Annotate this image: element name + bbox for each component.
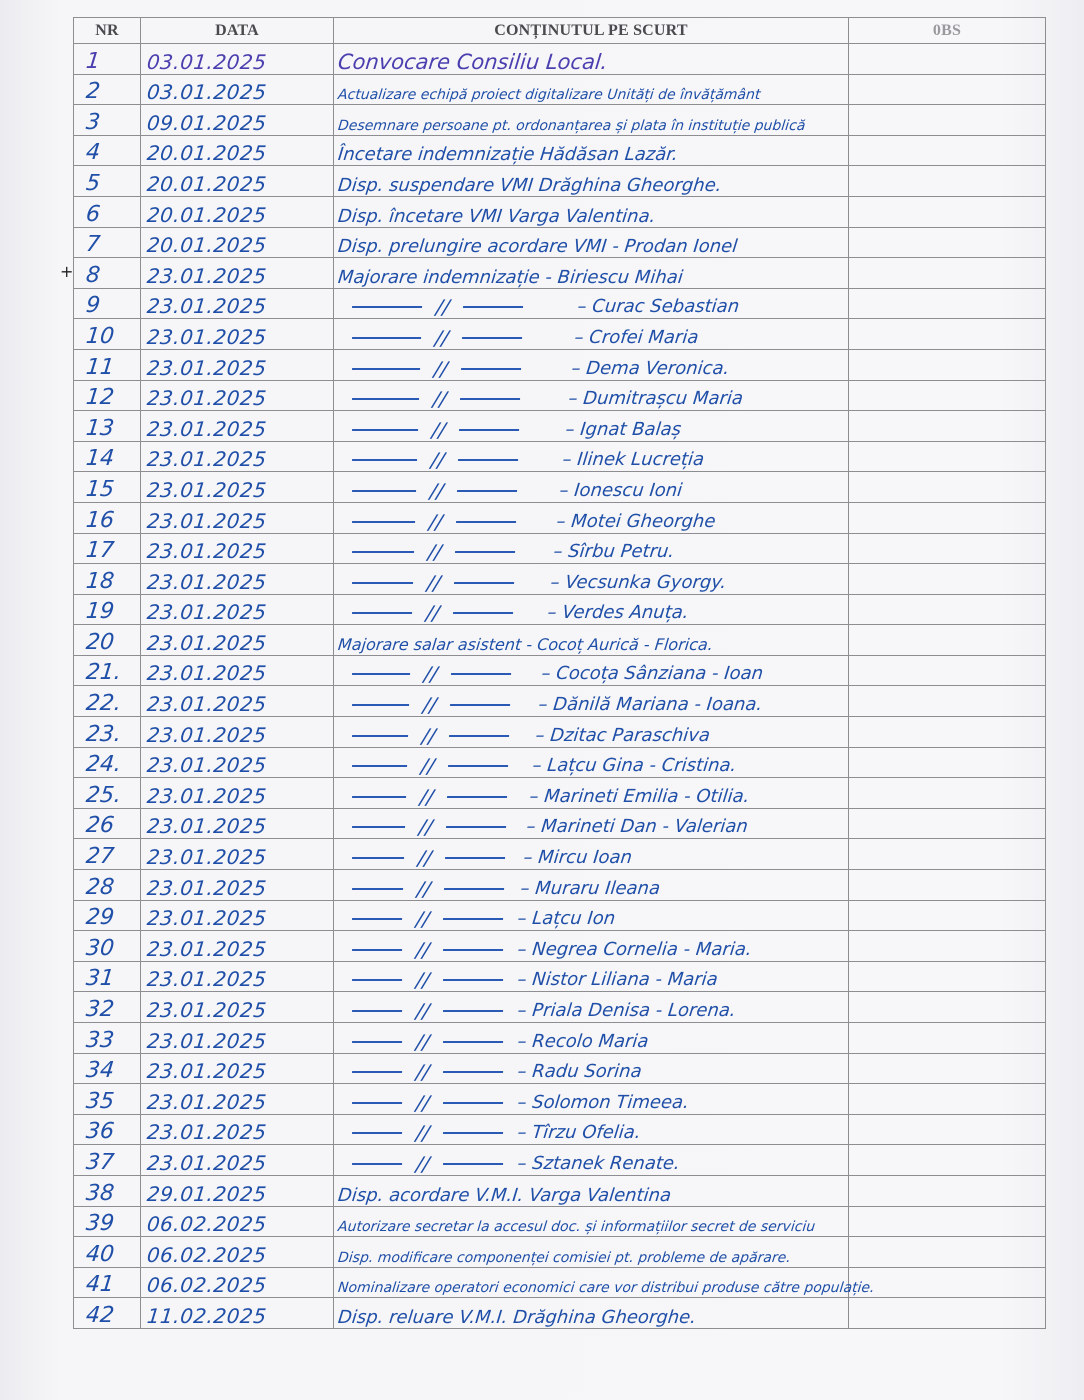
row-content-text: Vecsunka Gyorgy. [564, 572, 727, 593]
row-obs [849, 258, 1046, 289]
ditto-mark: // [435, 295, 451, 319]
row-content-text: Disp. modificare componenței comisiei pt… [337, 1251, 791, 1266]
row-obs [849, 839, 1046, 870]
ditto-dash [451, 673, 511, 675]
row-date: 23.01.2025 [141, 747, 334, 778]
row-content-text: Disp. suspendare VMI Drăghina Gheorghe. [337, 177, 722, 196]
row-obs [849, 1145, 1046, 1176]
row-content-text: Încetare indemnizație Hădăsan Lazăr. [337, 146, 679, 165]
row-number: 2 [74, 74, 141, 105]
ditto-mark: // [415, 968, 431, 992]
table-row: 8+23.01.2025Majorare indemnizație - Biri… [74, 258, 1046, 289]
row-date: 03.01.2025 [141, 74, 334, 105]
ditto-dash [443, 979, 503, 981]
ditto-repeat: //– Mircu Ioan [337, 848, 633, 869]
row-obs [849, 931, 1046, 962]
row-content: Convocare Consiliu Local. [334, 44, 849, 75]
row-number: 18 [74, 564, 141, 595]
ditto-dash [449, 735, 509, 737]
row-number-text: 22. [85, 693, 122, 716]
row-content: //– Dzitac Paraschiva [334, 717, 849, 748]
ditto-dash [352, 1132, 402, 1134]
ditto-dash [352, 826, 405, 828]
row-date-text: 23.01.2025 [146, 1000, 268, 1021]
ditto-repeat: //– Vecsunka Gyorgy. [337, 573, 727, 594]
row-content: //– Crofei Maria [334, 319, 849, 350]
row-content: //– Ignat Balaș [334, 411, 849, 442]
ditto-dash [443, 1102, 503, 1104]
ditto-dash [352, 765, 407, 767]
table-row: 3829.01.2025Disp. acordare V.M.I. Varga … [74, 1175, 1046, 1206]
row-obs [849, 1084, 1046, 1115]
ditto-mark: // [415, 1091, 431, 1115]
row-date: 23.01.2025 [141, 564, 334, 595]
row-content-text: Crofei Maria [588, 327, 699, 348]
ditto-mark: // [434, 326, 450, 350]
table-row: 520.01.2025Disp. suspendare VMI Drăghina… [74, 166, 1046, 197]
row-content-text: Nominalizare operatori economici care vo… [337, 1281, 875, 1296]
ditto-dash [352, 918, 402, 920]
ditto-dash [352, 673, 410, 675]
ditto-dash [352, 1010, 402, 1012]
row-obs [849, 1023, 1046, 1054]
row-date: 23.01.2025 [141, 502, 334, 533]
row-number-text: 10 [85, 326, 115, 349]
row-obs [849, 717, 1046, 748]
row-obs [849, 1267, 1046, 1298]
row-content: Disp. încetare VMI Varga Valentina. [334, 196, 849, 227]
row-date-text: 23.01.2025 [146, 816, 268, 837]
row-date: 23.01.2025 [141, 1023, 334, 1054]
row-date-text: 20.01.2025 [146, 205, 268, 226]
table-row: 4006.02.2025Disp. modificare componenței… [74, 1237, 1046, 1268]
row-obs [849, 1053, 1046, 1084]
table-row: 21.23.01.2025//– Cocoța Sânziana - Ioan [74, 655, 1046, 686]
ditto-dash [443, 1132, 503, 1134]
ditto-dash [456, 521, 516, 523]
row-content: //– Muraru Ileana [334, 870, 849, 901]
row-content-text: Radu Sorina [531, 1061, 643, 1082]
row-date: 23.01.2025 [141, 839, 334, 870]
row-number-text: 13 [85, 418, 115, 441]
row-date-text: 20.01.2025 [146, 143, 268, 164]
row-number: 32 [74, 992, 141, 1023]
row-content: Încetare indemnizație Hădăsan Lazăr. [334, 135, 849, 166]
row-content: //– Dănilă Mariana - Ioana. [334, 686, 849, 717]
row-date: 23.01.2025 [141, 319, 334, 350]
ditto-mark: // [417, 846, 433, 870]
table-row: 1223.01.2025//– Dumitrașcu Maria [74, 380, 1046, 411]
row-number: 6 [74, 196, 141, 227]
row-content-text: Lațcu Gina - Cristina. [546, 755, 737, 776]
row-number-text: 25. [85, 785, 122, 808]
row-content-text: Verdes Anuța. [561, 602, 689, 623]
ditto-mark: // [415, 999, 431, 1023]
row-date-text: 20.01.2025 [146, 235, 268, 256]
row-number: 21. [74, 655, 141, 686]
ditto-dash [352, 857, 404, 859]
table-row: 203.01.2025Actualizare echipă proiect di… [74, 74, 1046, 105]
row-content-text: Solomon Timeea. [531, 1092, 690, 1113]
ditto-mark: // [415, 1030, 431, 1054]
row-date-text: 23.01.2025 [146, 969, 268, 990]
ditto-dash [443, 1010, 503, 1012]
ditto-mark: // [421, 724, 437, 748]
table-row: 3723.01.2025//– Sztanek Renate. [74, 1145, 1046, 1176]
header-row: NR DATA CONȚINUTUL PE SCURT 0BS [74, 18, 1046, 44]
row-content: //– Negrea Cornelia - Maria. [334, 931, 849, 962]
ditto-dash [352, 368, 420, 370]
row-date-text: 11.02.2025 [146, 1306, 268, 1327]
row-number: 34 [74, 1053, 141, 1084]
row-date-text: 23.01.2025 [146, 449, 268, 470]
row-number: 38 [74, 1175, 141, 1206]
row-date: 06.02.2025 [141, 1206, 334, 1237]
table-row: 103.01.2025Convocare Consiliu Local. [74, 44, 1046, 75]
row-number-text: 3 [85, 112, 101, 135]
row-date: 23.01.2025 [141, 380, 334, 411]
row-number-text: 39 [85, 1213, 115, 1236]
row-number-text: 28 [85, 877, 115, 900]
row-number-text: 9 [85, 295, 101, 318]
ditto-dash [352, 490, 416, 492]
row-date-text: 06.02.2025 [146, 1275, 268, 1296]
row-content-text: Negrea Cornelia - Maria. [531, 939, 753, 960]
row-number: 39 [74, 1206, 141, 1237]
row-number: 31 [74, 961, 141, 992]
row-content-text: Autorizare secretar la accesul doc. și i… [337, 1220, 816, 1235]
row-date: 23.01.2025 [141, 472, 334, 503]
ditto-repeat: //– Motei Gheorghe [337, 512, 717, 533]
row-date: 23.01.2025 [141, 961, 334, 992]
row-date: 23.01.2025 [141, 258, 334, 289]
ditto-mark: // [431, 418, 447, 442]
row-date: 20.01.2025 [141, 227, 334, 258]
row-content-text: Sztanek Renate. [531, 1153, 681, 1174]
ditto-dash [454, 582, 514, 584]
row-content-text: Disp. încetare VMI Varga Valentina. [337, 208, 656, 227]
row-obs [849, 472, 1046, 503]
row-date-text: 06.02.2025 [146, 1214, 268, 1235]
table-row: 720.01.2025Disp. prelungire acordare VMI… [74, 227, 1046, 258]
row-date-text: 23.01.2025 [146, 266, 268, 287]
row-date: 23.01.2025 [141, 717, 334, 748]
row-number: 22. [74, 686, 141, 717]
ditto-dash [443, 949, 503, 951]
ditto-dash [352, 888, 403, 890]
row-date-text: 06.02.2025 [146, 1245, 268, 1266]
table-row: 620.01.2025Disp. încetare VMI Varga Vale… [74, 196, 1046, 227]
ditto-mark: // [415, 1060, 431, 1084]
ditto-dash [460, 398, 520, 400]
row-number: 19 [74, 594, 141, 625]
row-obs [849, 74, 1046, 105]
row-content: //– Marineti Dan - Valerian [334, 808, 849, 839]
row-number-text: 21. [85, 662, 122, 685]
table-row: 4106.02.2025Nominalizare operatori econo… [74, 1267, 1046, 1298]
column-header-date: DATA [141, 18, 334, 44]
row-number-text: 11 [85, 357, 115, 380]
row-date: 09.01.2025 [141, 105, 334, 136]
ditto-dash [445, 857, 505, 859]
row-date: 20.01.2025 [141, 166, 334, 197]
row-obs [849, 135, 1046, 166]
ditto-repeat: //– Tîrzu Ofelia. [337, 1123, 642, 1144]
row-date: 20.01.2025 [141, 196, 334, 227]
row-number: 17 [74, 533, 141, 564]
row-content: //– Nistor Liliana - Maria [334, 961, 849, 992]
row-number-text: 42 [85, 1305, 115, 1328]
row-content-text: Priala Denisa - Lorena. [531, 1000, 737, 1021]
row-date-text: 23.01.2025 [146, 847, 268, 868]
row-obs [849, 319, 1046, 350]
ditto-dash [352, 551, 414, 553]
row-obs [849, 196, 1046, 227]
table-row: 1723.01.2025//– Sîrbu Petru. [74, 533, 1046, 564]
row-number: 16 [74, 502, 141, 533]
ditto-mark: // [423, 662, 439, 686]
row-date: 23.01.2025 [141, 778, 334, 809]
row-number-text: 14 [85, 448, 115, 471]
ditto-dash [352, 796, 406, 798]
row-number: 10 [74, 319, 141, 350]
row-date-text: 09.01.2025 [146, 113, 268, 134]
row-number: 3 [74, 105, 141, 136]
row-date-text: 23.01.2025 [146, 602, 268, 623]
row-date: 06.02.2025 [141, 1267, 334, 1298]
row-content-text: Cocoța Sânziana - Ioan [555, 663, 764, 684]
row-content: //– Recolo Maria [334, 1023, 849, 1054]
table-row: 309.01.2025Desemnare persoane pt. ordona… [74, 105, 1046, 136]
ditto-mark: // [432, 387, 448, 411]
row-number-text: 7 [85, 234, 101, 257]
row-content: Desemnare persoane pt. ordonanțarea și p… [334, 105, 849, 136]
ditto-dash [455, 551, 515, 553]
ditto-dash [447, 796, 507, 798]
row-number-text: 26 [85, 815, 115, 838]
row-number: 5 [74, 166, 141, 197]
row-content-text: Marineti Dan - Valerian [540, 816, 749, 837]
table-row: 923.01.2025//– Curac Sebastian [74, 288, 1046, 319]
row-content-text: Muraru Ileana [534, 878, 661, 899]
row-date-text: 03.01.2025 [146, 82, 268, 103]
row-date: 23.01.2025 [141, 594, 334, 625]
row-content-text: Ionescu Ioni [573, 480, 683, 501]
ditto-repeat: //– Lațcu Gina - Cristina. [337, 756, 737, 777]
row-date-text: 23.01.2025 [146, 419, 268, 440]
row-date: 23.01.2025 [141, 625, 334, 656]
row-number-text: 1 [85, 51, 101, 74]
row-content: //– Sztanek Renate. [334, 1145, 849, 1176]
row-date: 23.01.2025 [141, 900, 334, 931]
row-obs [849, 992, 1046, 1023]
row-number: 41 [74, 1267, 141, 1298]
table-row: 1923.01.2025//– Verdes Anuța. [74, 594, 1046, 625]
ditto-dash [453, 612, 513, 614]
row-number: 23. [74, 717, 141, 748]
row-date-text: 23.01.2025 [146, 296, 268, 317]
ditto-dash [352, 1102, 402, 1104]
row-date: 23.01.2025 [141, 288, 334, 319]
row-content-text: Curac Sebastian [591, 296, 740, 317]
table-row: 3023.01.2025//– Negrea Cornelia - Maria. [74, 931, 1046, 962]
row-date-text: 23.01.2025 [146, 786, 268, 807]
row-obs [849, 1298, 1046, 1329]
row-date-text: 23.01.2025 [146, 755, 268, 776]
table-row: 2023.01.2025Majorare salar asistent - Co… [74, 625, 1046, 656]
row-date: 03.01.2025 [141, 44, 334, 75]
row-date-text: 23.01.2025 [146, 663, 268, 684]
table-row: 3906.02.2025Autorizare secretar la acces… [74, 1206, 1046, 1237]
row-number-text: 8 [85, 265, 101, 288]
row-content: //– Ionescu Ioni [334, 472, 849, 503]
row-date-text: 03.01.2025 [146, 52, 268, 73]
row-obs [849, 441, 1046, 472]
row-number: 24. [74, 747, 141, 778]
row-obs [849, 625, 1046, 656]
row-number-text: 41 [85, 1274, 115, 1297]
row-number-text: 35 [85, 1091, 115, 1114]
row-date-text: 23.01.2025 [146, 1153, 268, 1174]
table-row: 1123.01.2025//– Dema Veronica. [74, 349, 1046, 380]
row-date: 23.01.2025 [141, 1084, 334, 1115]
row-date: 20.01.2025 [141, 135, 334, 166]
row-obs [849, 1237, 1046, 1268]
row-obs [849, 166, 1046, 197]
table-row: 22.23.01.2025//– Dănilă Mariana - Ioana. [74, 686, 1046, 717]
row-date: 23.01.2025 [141, 1053, 334, 1084]
ditto-mark: // [426, 571, 442, 595]
row-number: 29 [74, 900, 141, 931]
row-obs [849, 411, 1046, 442]
ditto-repeat: //– Marineti Emilia - Otilia. [337, 787, 751, 808]
table-row: 1323.01.2025//– Ignat Balaș [74, 411, 1046, 442]
ditto-mark: // [415, 938, 431, 962]
ditto-dash [458, 459, 518, 461]
row-number: 8+ [74, 258, 141, 289]
row-content-text: Sîrbu Petru. [567, 541, 675, 562]
row-number: 33 [74, 1023, 141, 1054]
row-number: 30 [74, 931, 141, 962]
row-date-text: 23.01.2025 [146, 694, 268, 715]
row-date: 23.01.2025 [141, 1114, 334, 1145]
table-row: 1623.01.2025//– Motei Gheorghe [74, 502, 1046, 533]
row-date-text: 23.01.2025 [146, 908, 268, 929]
row-content-text: Convocare Consiliu Local. [337, 52, 609, 74]
ditto-dash [352, 612, 412, 614]
row-number-text: 19 [85, 601, 115, 624]
ditto-dash [352, 429, 418, 431]
ditto-mark: // [416, 877, 432, 901]
row-obs [849, 105, 1046, 136]
ditto-dash [450, 704, 510, 706]
row-date-text: 23.01.2025 [146, 572, 268, 593]
row-content-text: Desemnare persoane pt. ordonanțarea și p… [337, 119, 806, 134]
row-number-text: 36 [85, 1121, 115, 1144]
row-date-text: 29.01.2025 [146, 1184, 268, 1205]
row-obs [849, 44, 1046, 75]
row-number-text: 18 [85, 571, 115, 594]
column-header-obs: 0BS [849, 18, 1046, 44]
ditto-dash [444, 888, 504, 890]
row-number-text: 40 [85, 1244, 115, 1267]
ditto-repeat: //– Nistor Liliana - Maria [337, 970, 719, 991]
ditto-dash [352, 521, 415, 523]
row-content-text: Tîrzu Ofelia. [531, 1122, 642, 1143]
table-row: 24.23.01.2025//– Lațcu Gina - Cristina. [74, 747, 1046, 778]
row-content: //– Dema Veronica. [334, 349, 849, 380]
ditto-repeat: //– Cocoța Sânziana - Ioan [337, 664, 764, 685]
row-number: 12 [74, 380, 141, 411]
row-content-text: Recolo Maria [531, 1031, 649, 1052]
row-date-text: 23.01.2025 [146, 633, 268, 654]
row-obs [849, 870, 1046, 901]
ditto-dash [462, 337, 522, 339]
ditto-mark: // [415, 907, 431, 931]
ditto-repeat: //– Dumitrașcu Maria [337, 389, 744, 410]
ditto-dash [352, 459, 417, 461]
table-row: 2723.01.2025//– Mircu Ioan [74, 839, 1046, 870]
row-content-text: Majorare indemnizație - Biriescu Mihai [337, 269, 684, 288]
row-date-text: 23.01.2025 [146, 725, 268, 746]
ditto-dash [443, 918, 503, 920]
row-number-text: 30 [85, 938, 115, 961]
ditto-repeat: //– Crofei Maria [337, 328, 700, 349]
table-row: 23.23.01.2025//– Dzitac Paraschiva [74, 717, 1046, 748]
row-number: 15 [74, 472, 141, 503]
row-obs [849, 1114, 1046, 1145]
row-number: 7 [74, 227, 141, 258]
row-content: //– Priala Denisa - Lorena. [334, 992, 849, 1023]
row-number: 9 [74, 288, 141, 319]
table-row: 2823.01.2025//– Muraru Ileana [74, 870, 1046, 901]
row-number: 35 [74, 1084, 141, 1115]
row-date: 23.01.2025 [141, 808, 334, 839]
ditto-dash [443, 1163, 503, 1165]
row-content: //– Sîrbu Petru. [334, 533, 849, 564]
table-row: 2923.01.2025//– Lațcu Ion [74, 900, 1046, 931]
row-number-text: 4 [85, 142, 101, 165]
table-row: 1523.01.2025//– Ionescu Ioni [74, 472, 1046, 503]
row-number-text: 37 [85, 1152, 115, 1175]
row-number-text: 32 [85, 999, 115, 1022]
margin-plus-mark: + [60, 262, 73, 281]
register-body: 103.01.2025Convocare Consiliu Local.203.… [74, 44, 1046, 1329]
row-content: //– Dumitrașcu Maria [334, 380, 849, 411]
row-date-text: 23.01.2025 [146, 511, 268, 532]
row-number: 28 [74, 870, 141, 901]
row-content: Nominalizare operatori economici care vo… [334, 1267, 849, 1298]
ditto-dash [352, 337, 421, 339]
ditto-repeat: //– Dema Veronica. [337, 359, 730, 380]
ditto-mark: // [430, 448, 446, 472]
row-content-text: Dema Veronica. [585, 358, 730, 379]
row-number-text: 17 [85, 540, 115, 563]
row-obs [849, 747, 1046, 778]
row-obs [849, 1206, 1046, 1237]
ditto-dash [448, 765, 508, 767]
ditto-repeat: //– Lațcu Ion [337, 909, 616, 930]
row-date: 23.01.2025 [141, 349, 334, 380]
row-content-text: Dumitrașcu Maria [582, 388, 744, 409]
table-row: 1823.01.2025//– Vecsunka Gyorgy. [74, 564, 1046, 595]
row-content-text: Ignat Balaș [579, 419, 682, 440]
row-content-text: Lațcu Ion [531, 908, 616, 929]
ditto-dash [352, 1071, 402, 1073]
row-number: 11 [74, 349, 141, 380]
row-number-text: 20 [85, 632, 115, 655]
row-content-text: Dzitac Paraschiva [549, 725, 711, 746]
